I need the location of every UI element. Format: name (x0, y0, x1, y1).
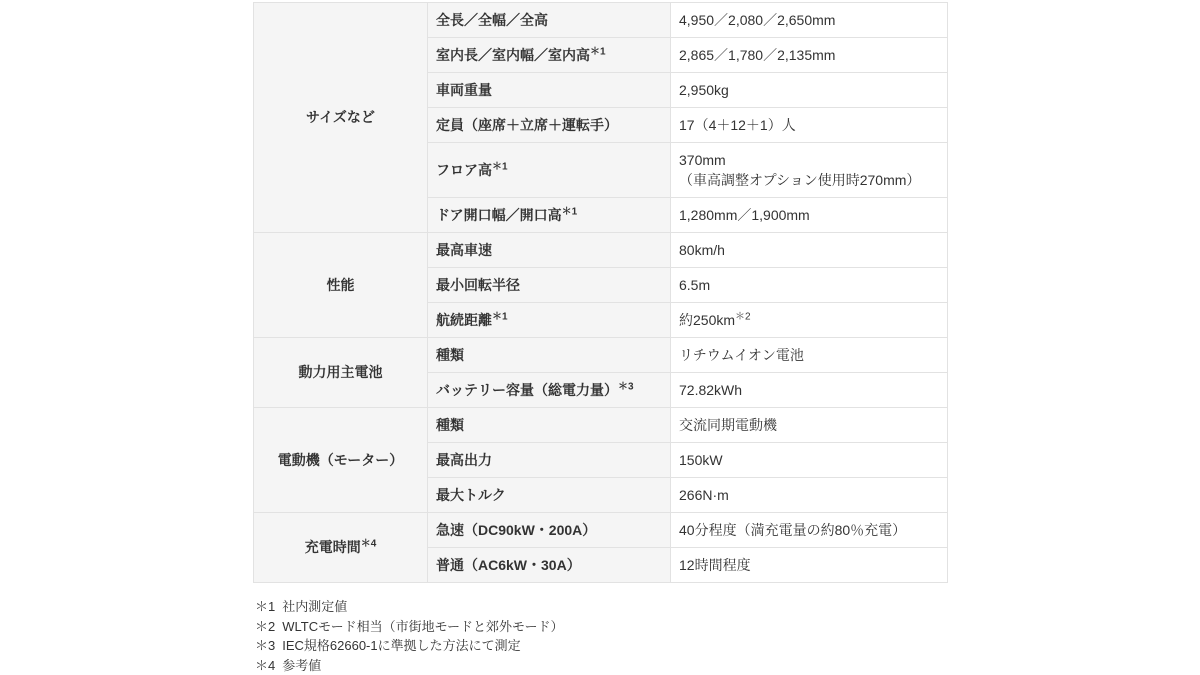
table-row: 充電時間＊4 急速（DC90kW・200A） 40分程度（満充電量の約80％充電… (254, 513, 948, 548)
footnote-ref: ＊1 (492, 161, 508, 172)
spec-value: リチウムイオン電池 (671, 338, 948, 373)
footnote-2: ＊2WLTCモード相当（市街地モードと郊外モード） (255, 617, 564, 637)
spec-label: 最高車速 (428, 233, 671, 268)
table-row: 性能 最高車速 80km/h (254, 233, 948, 268)
spec-value: 72.82kWh (671, 373, 948, 408)
section-motor: 電動機（モーター） 種類 交流同期電動機 最高出力 150kW 最大トルク 26… (254, 408, 948, 513)
footnote-ref: ＊4 (361, 539, 377, 550)
spec-label: 最大トルク (428, 478, 671, 513)
spec-label: 最小回転半径 (428, 268, 671, 303)
table-row: サイズなど 全長／全幅／全高 4,950／2,080／2,650mm (254, 3, 948, 38)
spec-label: 種類 (428, 338, 671, 373)
spec-value: 6.5m (671, 268, 948, 303)
spec-label: フロア高＊1 (428, 143, 671, 198)
spec-value: 80km/h (671, 233, 948, 268)
spec-value: 2,950kg (671, 73, 948, 108)
spec-label: 航続距離＊1 (428, 303, 671, 338)
spec-label: 普通（AC6kW・30A） (428, 548, 671, 583)
footnote-ref: ＊1 (590, 46, 606, 57)
section-battery: 動力用主電池 種類 リチウムイオン電池 バッテリー容量（総電力量）＊3 72.8… (254, 338, 948, 408)
spec-label: ドア開口幅／開口高＊1 (428, 198, 671, 233)
category-cell-battery: 動力用主電池 (254, 338, 428, 408)
footnote-4: ＊4参考値 (255, 656, 564, 675)
section-charging: 充電時間＊4 急速（DC90kW・200A） 40分程度（満充電量の約80％充電… (254, 513, 948, 583)
spec-label: 車両重量 (428, 73, 671, 108)
spec-value: 1,280mm／1,900mm (671, 198, 948, 233)
spec-table: サイズなど 全長／全幅／全高 4,950／2,080／2,650mm 室内長／室… (253, 2, 948, 583)
footnote-text: 社内測定値 (282, 599, 347, 614)
footnote-marker: ＊2 (255, 619, 275, 634)
spec-value: 12時間程度 (671, 548, 948, 583)
section-performance: 性能 最高車速 80km/h 最小回転半径 6.5m 航続距離＊1 約250km… (254, 233, 948, 338)
footnote-text: IEC規格62660-1に準拠した方法にて測定 (282, 638, 520, 653)
spec-value: 4,950／2,080／2,650mm (671, 3, 948, 38)
spec-label: 定員（座席＋立席＋運転手） (428, 108, 671, 143)
footnote-ref: ＊1 (492, 311, 508, 322)
category-label: 動力用主電池 (299, 364, 383, 380)
spec-label: 室内長／室内幅／室内高＊1 (428, 38, 671, 73)
spec-value: 266N·m (671, 478, 948, 513)
footnote-text: WLTCモード相当（市街地モードと郊外モード） (282, 619, 563, 634)
footnote-1: ＊1社内測定値 (255, 597, 564, 617)
spec-value: 2,865／1,780／2,135mm (671, 38, 948, 73)
spec-label: 急速（DC90kW・200A） (428, 513, 671, 548)
footnote-text: 参考値 (282, 658, 321, 673)
spec-label: 全長／全幅／全高 (428, 3, 671, 38)
footnote-ref: ＊1 (562, 206, 578, 217)
spec-value: 17（4＋12＋1）人 (671, 108, 948, 143)
footnote-ref: ＊3 (618, 381, 634, 392)
spec-page: サイズなど 全長／全幅／全高 4,950／2,080／2,650mm 室内長／室… (0, 0, 1200, 675)
category-cell-size: サイズなど (254, 3, 428, 233)
spec-value: 150kW (671, 443, 948, 478)
spec-value: 交流同期電動機 (671, 408, 948, 443)
spec-value: 40分程度（満充電量の約80％充電） (671, 513, 948, 548)
category-label: サイズなど (306, 109, 375, 125)
spec-value: 約250km＊2 (671, 303, 948, 338)
footnote-ref: ＊2 (735, 311, 751, 322)
footnote-marker: ＊1 (255, 599, 275, 614)
category-label: 充電時間 (305, 539, 361, 555)
category-label: 性能 (327, 277, 355, 293)
footnotes: ＊1社内測定値 ＊2WLTCモード相当（市街地モードと郊外モード） ＊3IEC規… (255, 597, 564, 675)
spec-label: 最高出力 (428, 443, 671, 478)
category-label: 電動機（モーター） (278, 452, 403, 468)
table-row: 電動機（モーター） 種類 交流同期電動機 (254, 408, 948, 443)
spec-label: バッテリー容量（総電力量）＊3 (428, 373, 671, 408)
spec-label: 種類 (428, 408, 671, 443)
footnote-marker: ＊4 (255, 658, 275, 673)
section-size: サイズなど 全長／全幅／全高 4,950／2,080／2,650mm 室内長／室… (254, 3, 948, 233)
table-row: 動力用主電池 種類 リチウムイオン電池 (254, 338, 948, 373)
spec-value: 370mm （車高調整オプション使用時270mm） (671, 143, 948, 198)
category-cell-performance: 性能 (254, 233, 428, 338)
footnote-marker: ＊3 (255, 638, 275, 653)
category-cell-motor: 電動機（モーター） (254, 408, 428, 513)
category-cell-charging: 充電時間＊4 (254, 513, 428, 583)
footnote-3: ＊3IEC規格62660-1に準拠した方法にて測定 (255, 636, 564, 656)
